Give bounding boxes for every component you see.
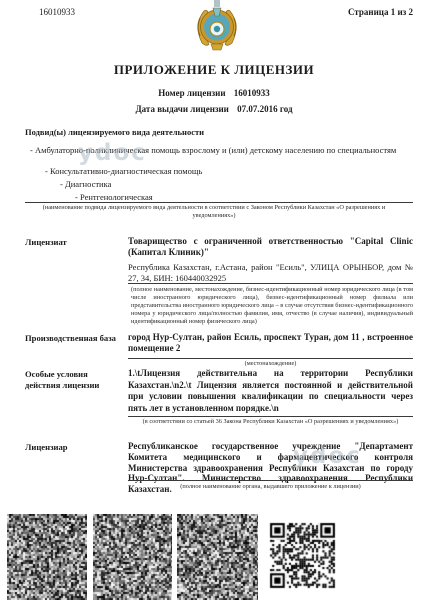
location-caption: (местонахождение) — [128, 360, 413, 368]
licensee-address: Республика Казахстан, г.Астана, район "Е… — [128, 262, 413, 283]
license-appendix-page: { "page": { "header_left": "16010933", "… — [0, 0, 428, 600]
noise-barcode-1 — [7, 514, 87, 600]
subtype-item: - Консультативно-диагностическая помощь — [45, 166, 202, 177]
subtypes-caption: (наименование подвида лицензируемого вид… — [40, 204, 388, 220]
noise-barcode-3 — [177, 514, 258, 600]
qr-code-icon — [268, 521, 337, 590]
license-number-value: 16010933 — [234, 88, 270, 98]
licensee-caption: (полное наименование, местонахождение, б… — [131, 286, 413, 326]
subtypes-heading: Подвид(ы) лицензируемого вида деятельнос… — [25, 127, 204, 138]
subtype-item: - Диагностика — [60, 179, 111, 190]
license-number-label: Номер лицензии — [158, 88, 225, 98]
section-rule — [128, 283, 413, 284]
licensee-name: Товарищество с ограниченной ответственно… — [128, 236, 413, 258]
section-rule — [128, 358, 413, 359]
document-title: ПРИЛОЖЕНИЕ К ЛИЦЕНЗИИ — [0, 62, 428, 78]
licensor-caption: (полное наименование органа, выдавшего п… — [128, 483, 413, 491]
subtype-item: - Амбулаторно-поликлиническая помощь взр… — [30, 145, 396, 156]
subtype-item: - Рентгенологическая — [75, 192, 153, 203]
document-number-header: 16010933 — [39, 7, 75, 18]
section-rule — [128, 480, 413, 481]
section-rule — [25, 202, 413, 203]
page-indicator: Страница 1 из 2 — [348, 7, 413, 18]
noise-barcode-2 — [93, 514, 172, 600]
licensor-label: Лицензиар — [25, 442, 125, 453]
special-conditions-text: 1.\tЛицензия действительна на территории… — [128, 368, 413, 415]
section-rule — [128, 416, 413, 417]
production-base-label: Производственная база — [25, 333, 125, 344]
kazakhstan-emblem-icon — [192, 0, 242, 51]
special-conditions-caption: (в соответствии со статьей 36 Закона Рес… — [128, 418, 413, 426]
special-conditions-label: Особые условия действия лицензии — [25, 369, 120, 390]
licensee-label: Лицензиат — [25, 237, 125, 248]
production-base-value: город Нур-Султан, район Есиль, проспект … — [128, 332, 413, 354]
license-date-value: 07.07.2016 год — [237, 104, 292, 114]
license-date-label: Дата выдачи лицензии — [135, 104, 228, 114]
